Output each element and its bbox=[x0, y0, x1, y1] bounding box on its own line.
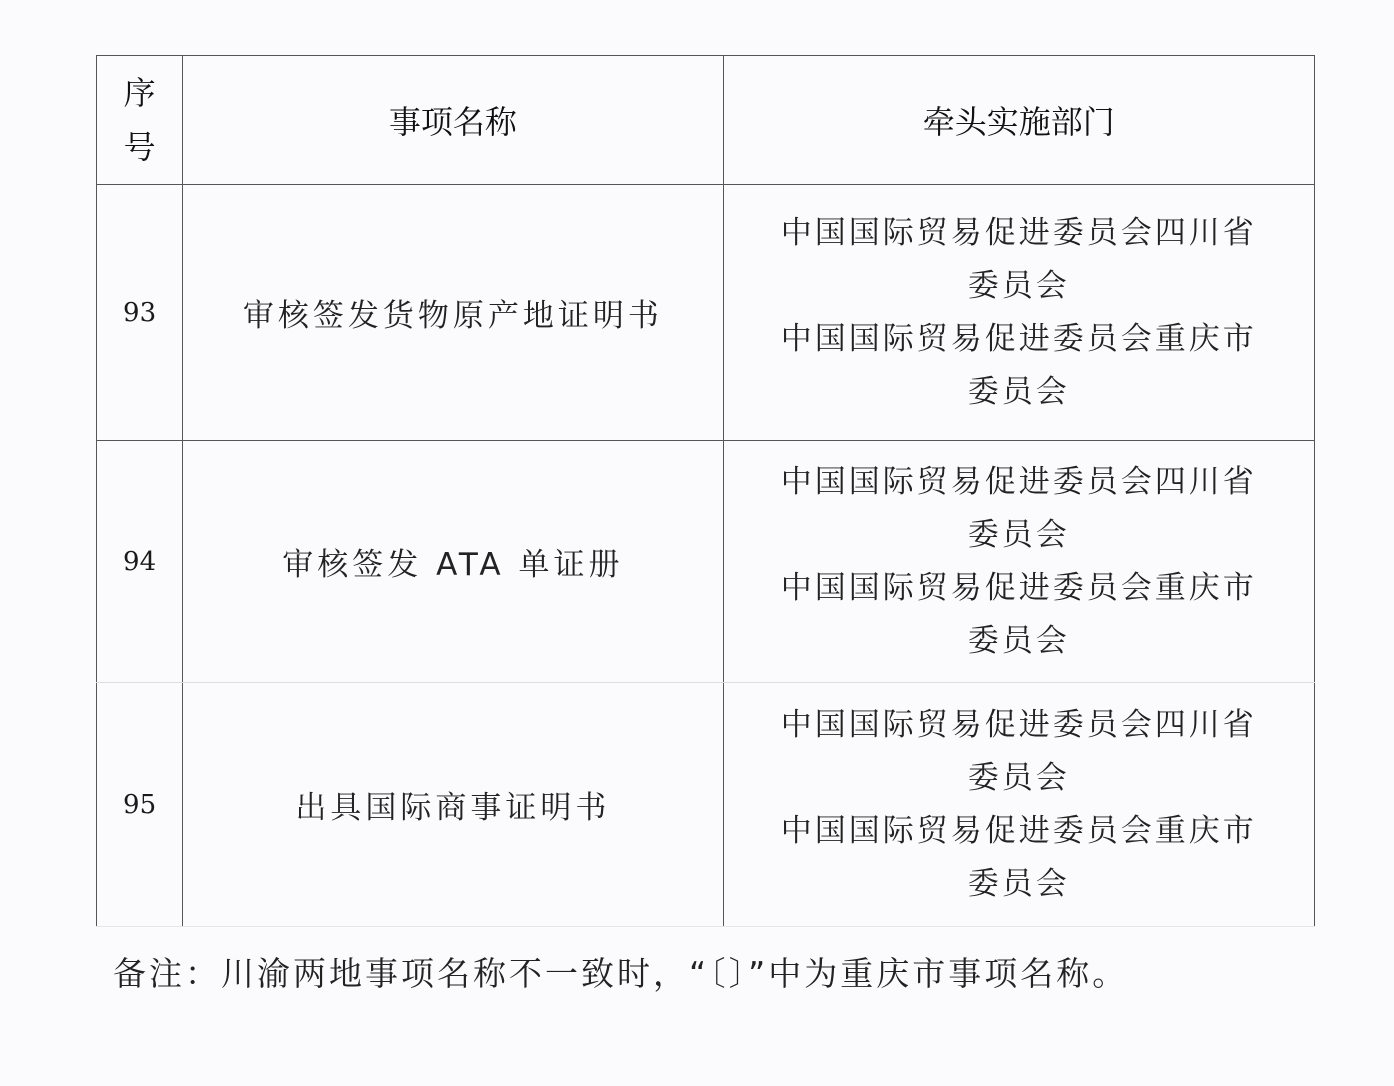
dept-line: 中国国际贸易促进委员会四川省 bbox=[724, 456, 1314, 509]
row-seq: 93 bbox=[97, 185, 183, 441]
items-table: 序 号 事项名称 牵头实施部门 93 审核签发货物原产地证明书 中国国际贸易促进… bbox=[96, 55, 1315, 927]
table-row: 94 审核签发 ATA 单证册 中国国际贸易促进委员会四川省 委员会 中国国际贸… bbox=[97, 441, 1315, 683]
dept-line: 中国国际贸易促进委员会重庆市 bbox=[724, 313, 1314, 366]
dept-line: 委员会 bbox=[724, 260, 1314, 313]
header-dept: 牵头实施部门 bbox=[723, 56, 1314, 185]
dept-line: 委员会 bbox=[724, 752, 1314, 805]
header-name: 事项名称 bbox=[183, 56, 723, 185]
dept-line: 中国国际贸易促进委员会重庆市 bbox=[724, 805, 1314, 858]
dept-line: 委员会 bbox=[724, 509, 1314, 562]
dept-line: 委员会 bbox=[724, 366, 1314, 419]
header-seq-line1: 序 bbox=[97, 66, 182, 120]
dept-line: 中国国际贸易促进委员会四川省 bbox=[724, 699, 1314, 752]
dept-line: 委员会 bbox=[724, 858, 1314, 911]
row-dept: 中国国际贸易促进委员会四川省 委员会 中国国际贸易促进委员会重庆市 委员会 bbox=[723, 441, 1314, 683]
table-row: 93 审核签发货物原产地证明书 中国国际贸易促进委员会四川省 委员会 中国国际贸… bbox=[97, 185, 1315, 441]
dept-line: 中国国际贸易促进委员会四川省 bbox=[724, 207, 1314, 260]
footnote: 备注：川渝两地事项名称不一致时，“〔〕”中为重庆市事项名称。 bbox=[113, 948, 1128, 995]
row-dept: 中国国际贸易促进委员会四川省 委员会 中国国际贸易促进委员会重庆市 委员会 bbox=[723, 185, 1314, 441]
row-item-name: 审核签发 ATA 单证册 bbox=[183, 441, 723, 683]
header-seq: 序 号 bbox=[97, 56, 183, 185]
dept-line: 委员会 bbox=[724, 615, 1314, 668]
row-seq: 94 bbox=[97, 441, 183, 683]
header-seq-line2: 号 bbox=[97, 120, 182, 174]
row-seq: 95 bbox=[97, 683, 183, 927]
dept-line: 中国国际贸易促进委员会重庆市 bbox=[724, 562, 1314, 615]
table-header-row: 序 号 事项名称 牵头实施部门 bbox=[97, 56, 1315, 185]
row-dept: 中国国际贸易促进委员会四川省 委员会 中国国际贸易促进委员会重庆市 委员会 bbox=[723, 683, 1314, 927]
table-row: 95 出具国际商事证明书 中国国际贸易促进委员会四川省 委员会 中国国际贸易促进… bbox=[97, 683, 1315, 927]
row-item-name: 审核签发货物原产地证明书 bbox=[183, 185, 723, 441]
row-item-name: 出具国际商事证明书 bbox=[183, 683, 723, 927]
